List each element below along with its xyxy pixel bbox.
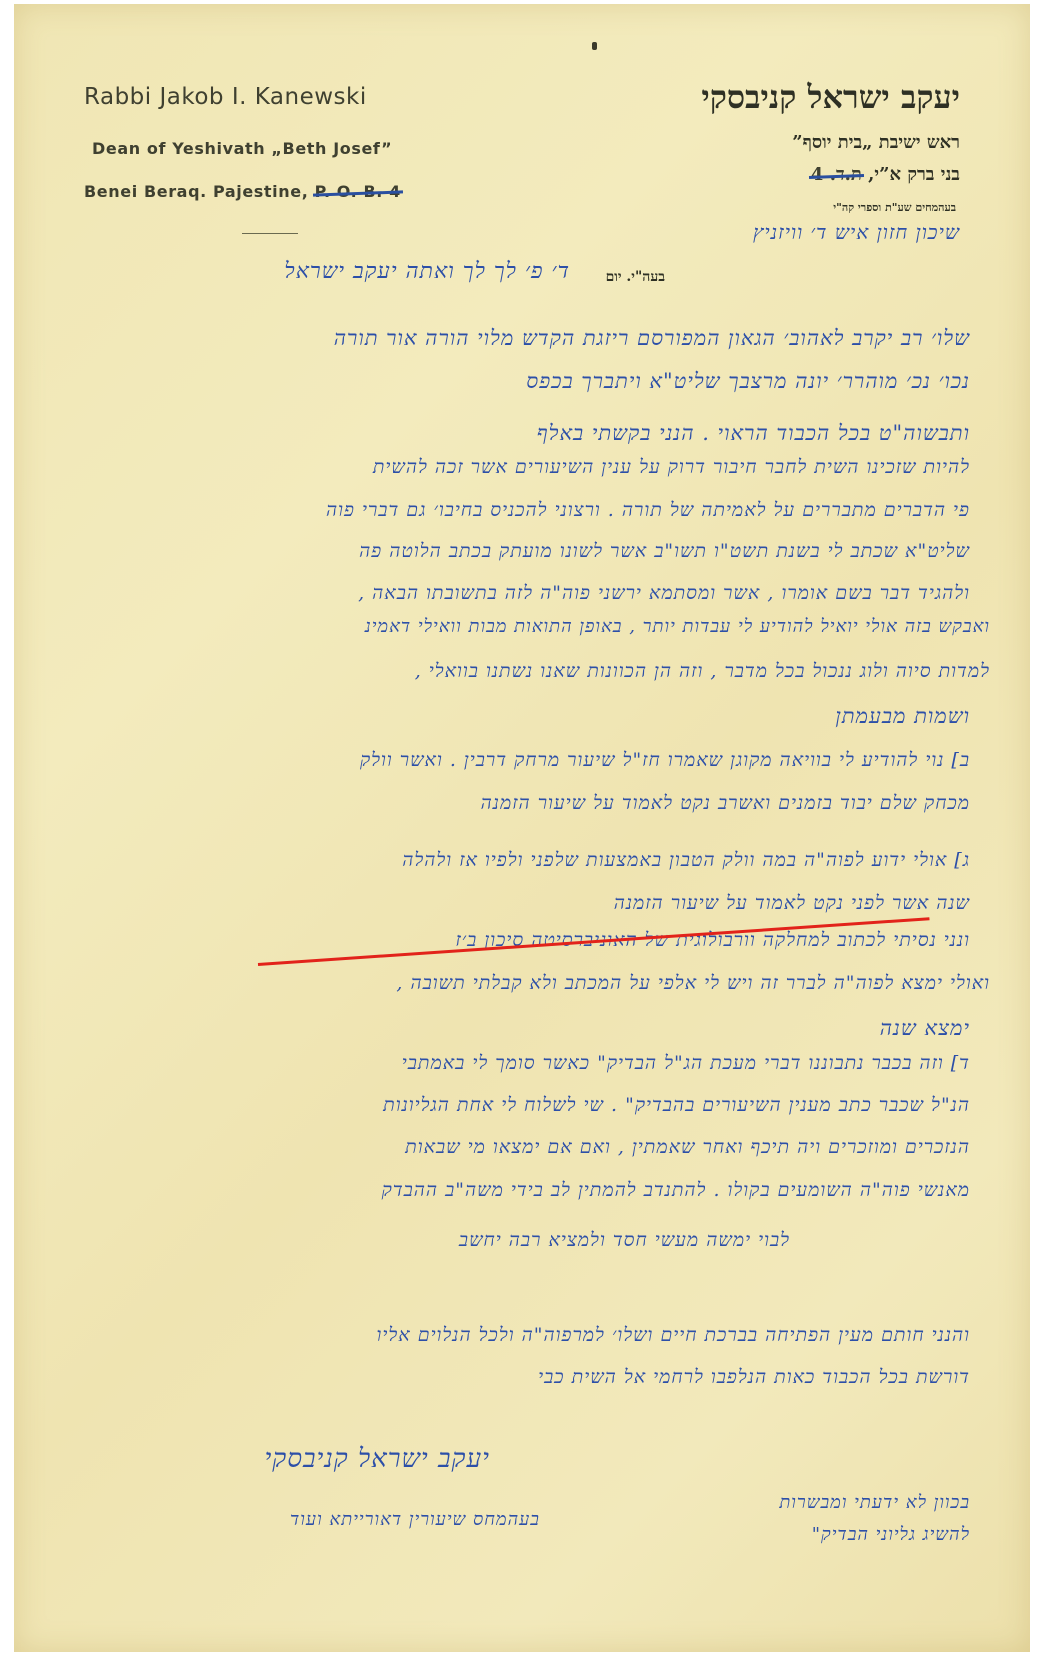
letter-line: ג] אולי ידוע לפוה"ה במה וולק הטבון באמצע… <box>402 849 970 872</box>
struck-pobox-hebrew: ת.ד. 4 <box>811 164 862 185</box>
date-printed-prefix: בעה"י. יום <box>606 269 665 286</box>
postscript-line: בכוון לא ידעתי ומבשרות <box>779 1492 970 1513</box>
letterhead-divider <box>242 233 298 234</box>
letter-line: שלו׳ רב יקרב לאהוב׳ הגאון המפורסם ריזגת … <box>334 326 970 351</box>
letter-line: מכחק שלם יבוד בזמנים ואשרב נקט לאמוד על … <box>481 792 970 815</box>
letter-line: פי הדברים מתבררים על לאמיתה של תורה . ור… <box>326 499 970 522</box>
letter-line: ב] נוי להודיע לי בוויאה מקוגן שאמרו חז"ל… <box>360 749 970 772</box>
letterhead-hebrew-address: בני ברק א”י, ת.ד. 4 <box>811 164 960 185</box>
letter-line: ושמות מבעמתן <box>835 704 970 729</box>
letter-line: להיות שזכינו השית לחבר חיבור דרוק על עני… <box>373 456 970 479</box>
letter-line: מאנשי פוה"ה השומעים בקולו . להתנדב להמתי… <box>382 1179 970 1202</box>
letterhead-english-city: Benei Beraq. Pajestine, <box>84 182 315 201</box>
letter-line: ותבשוה"ט בכל הכבוד הראוי . הנני בקשתי בא… <box>537 421 970 446</box>
letter-line: הנזכרים ומוזכרים ויה תיכף ואחר שאמתין , … <box>405 1136 970 1159</box>
letter-line: ולהגיד דבר בשם אומרו , אשר ומסתמא ירשני … <box>358 582 970 605</box>
letterhead-english-name: Rabbi Jakob I. Kanewski <box>84 84 367 110</box>
letterhead-english-address: Benei Beraq. Pajestine, P. O. B. 4 <box>84 182 401 201</box>
letter-line: ואבקש בזה אולי יואיל להודיע לי עבדות יות… <box>365 616 990 637</box>
letterhead-english-title: Dean of Yeshivath „Beth Josef” <box>92 139 392 158</box>
letter-line: ואולי ימצא לפוה"ה לברר זה ויש לי אלפי על… <box>396 972 990 995</box>
date-handwritten: ד׳ פ׳ לך לך ואתה יעקב ישראל <box>284 258 570 284</box>
letter-paper: Rabbi Jakob I. Kanewski Dean of Yeshivat… <box>14 4 1030 1652</box>
signature-subtitle: בעהמחס שיעורין דאורייתא ועוד <box>290 1509 540 1530</box>
letterhead-hebrew-name: יעקב ישראל קניבסקי <box>701 78 960 116</box>
letter-line: שליט"א שכתב לי בשנת תשט"ו תשו"ב אשר לשונ… <box>359 540 970 563</box>
letter-line: ד] וזה בכבר נתבוננו דברי מעכת הג"ל הבדיק… <box>402 1052 970 1075</box>
letter-line: למדות סיוה ולוג ננכול בכל מדבר , וזה הן … <box>415 660 990 683</box>
letter-line: הנ"ל שכבר כתב מענין השיעורים בהבדיק" . ש… <box>383 1094 970 1117</box>
signature-name: יעקב ישראל קניבסקי <box>264 1444 490 1474</box>
postscript-line: להשיג גליוני הבדיק" <box>812 1524 970 1545</box>
letter-line: לבוי ימשה מעשי חסד ולמציא רבה יחשב <box>459 1229 790 1252</box>
letter-line: ימצא שנה <box>880 1016 970 1041</box>
letterhead-hebrew-author-line: בעהמחים שע"ת וספרי קה"י <box>833 201 956 214</box>
letter-line: והנני חותם מעין הפתיחה בברכת חיים ושלו׳ … <box>377 1324 970 1347</box>
letter-line: שנה אשר לפני נקט לאמוד על שיעור הזמנה <box>614 892 970 915</box>
handwritten-top-note: שיכון חזון איש ד׳ וויזניץ <box>753 220 960 245</box>
letterhead-hebrew-city: בני ברק א”י, <box>862 164 960 185</box>
letterhead-hebrew-title: ראש ישיבת „בית יוסף” <box>792 132 960 153</box>
letter-line: דורשת בכל הכבוד כאות הנלפבו לרחמי אל השי… <box>538 1366 970 1389</box>
struck-pobox-english: P. O. B. 4 <box>315 182 401 201</box>
ink-speck <box>592 42 597 50</box>
letter-line: נכו׳ נכ׳ מוהרר׳ יונה מרצבך שליט"א ויתברך… <box>526 369 970 394</box>
